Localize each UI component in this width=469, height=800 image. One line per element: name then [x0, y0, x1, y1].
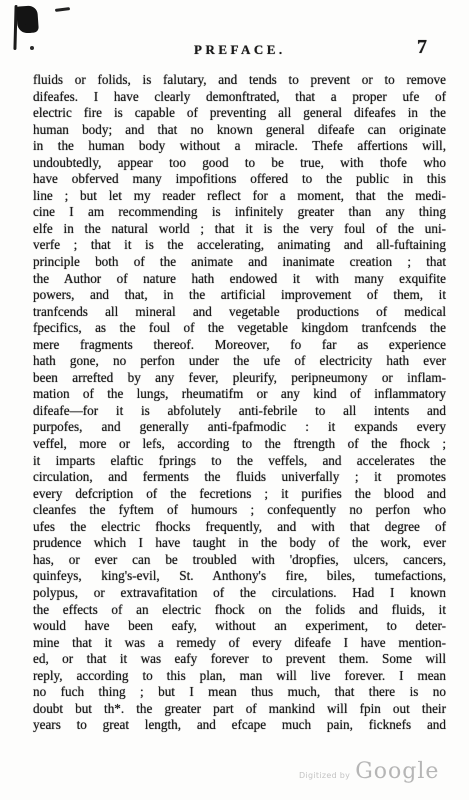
text-line: difeafe—for it is abfolutely anti-febril…: [33, 403, 446, 420]
text-line: purpofes, and generally anti-fpafmodic :…: [33, 419, 446, 436]
text-line: no fuch thing ; but I mean thus much, th…: [33, 684, 446, 701]
text-line: quinfeys, king's-evil, St. Anthony's fir…: [33, 568, 446, 585]
text-line: polypus, or extravafitation of the circu…: [33, 585, 446, 602]
text-line: ufes the electric fhocks frequently, and…: [33, 519, 446, 536]
text-line: cine I am recommending is infinitely gre…: [33, 204, 446, 221]
scanned-book-page: PREFACE. 7 fluids or folids, is falutary…: [0, 0, 469, 800]
text-line: mine that it was a remedy of every difea…: [33, 635, 446, 652]
text-line: has, or ever can be troubled with 'dropf…: [33, 552, 446, 569]
text-line: powers, and that, in the artificial impr…: [33, 287, 446, 304]
text-line: verfe ; that it is the accelerating, ani…: [33, 237, 446, 254]
text-line: fluids or folids, is falutary, and tends…: [33, 72, 446, 89]
text-line: would have been eafy, without an experim…: [33, 618, 446, 635]
text-line: years to great length, and efcape much p…: [33, 717, 446, 734]
ink-smudge-blob: [24, 24, 34, 33]
digitized-by-google-watermark: Digitized by Google: [299, 759, 439, 784]
page-number: 7: [417, 36, 427, 59]
text-line: difeafes. I have clearly demonftrated, t…: [33, 89, 446, 106]
text-line: reply, according to this plan, man will …: [33, 668, 446, 685]
text-line: mere fragments thereof. Moreover, fo far…: [33, 337, 446, 354]
text-line: prudence which I have taught in the body…: [33, 535, 446, 552]
text-line: human body; and that no known general di…: [33, 122, 446, 139]
running-head: PREFACE. 7: [0, 40, 469, 62]
text-line: hath gone, no perfon under the ufe of el…: [33, 353, 446, 370]
text-line: have obferved many impofitions offered t…: [33, 171, 446, 188]
text-line: doubt but th*. the greater part of manki…: [33, 701, 446, 718]
text-line: principle both of the animate and inanim…: [33, 254, 446, 271]
text-line: undoubtedly, appear too good to be true,…: [33, 155, 446, 172]
google-logo: Google: [355, 759, 439, 784]
text-line: electric fire is capable of preventing a…: [33, 105, 446, 122]
text-line: cleanfes the fyftem of humours ; confequ…: [33, 502, 446, 519]
watermark-prefix: Digitized by: [299, 771, 350, 780]
text-line: fpecifics, as the foul of the vegetable …: [33, 320, 446, 337]
text-line: line ; but let my reader reflect for a m…: [33, 188, 446, 205]
ink-smudge-dash: [55, 7, 70, 12]
page-title: PREFACE.: [194, 42, 286, 58]
text-line: circulation, and ferments the fluids uni…: [33, 469, 446, 486]
text-line: it imparts elaftic fprings to the veffel…: [33, 453, 446, 470]
text-line: every defcription of the fecretions ; it…: [33, 486, 446, 503]
body-text-block: fluids or folids, is falutary, and tends…: [33, 72, 446, 734]
text-line: veffel, more or lefs, according to the f…: [33, 436, 446, 453]
text-line: tranfcends all mineral and vegetable pro…: [33, 304, 446, 321]
text-line: the effects of an electric fhock on the …: [33, 602, 446, 619]
text-line: ed, or that it was eafy forever to preve…: [33, 651, 446, 668]
text-line: mation of the lungs, rheumatifm or any k…: [33, 386, 446, 403]
text-line: in the human body without a miracle. The…: [33, 138, 446, 155]
text-line: been arrefted by any fever, pleurify, pe…: [33, 370, 446, 387]
text-line: the Author of nature hath endowed it wit…: [33, 271, 446, 288]
text-line: elfe in the natural world ; that it is t…: [33, 221, 446, 238]
